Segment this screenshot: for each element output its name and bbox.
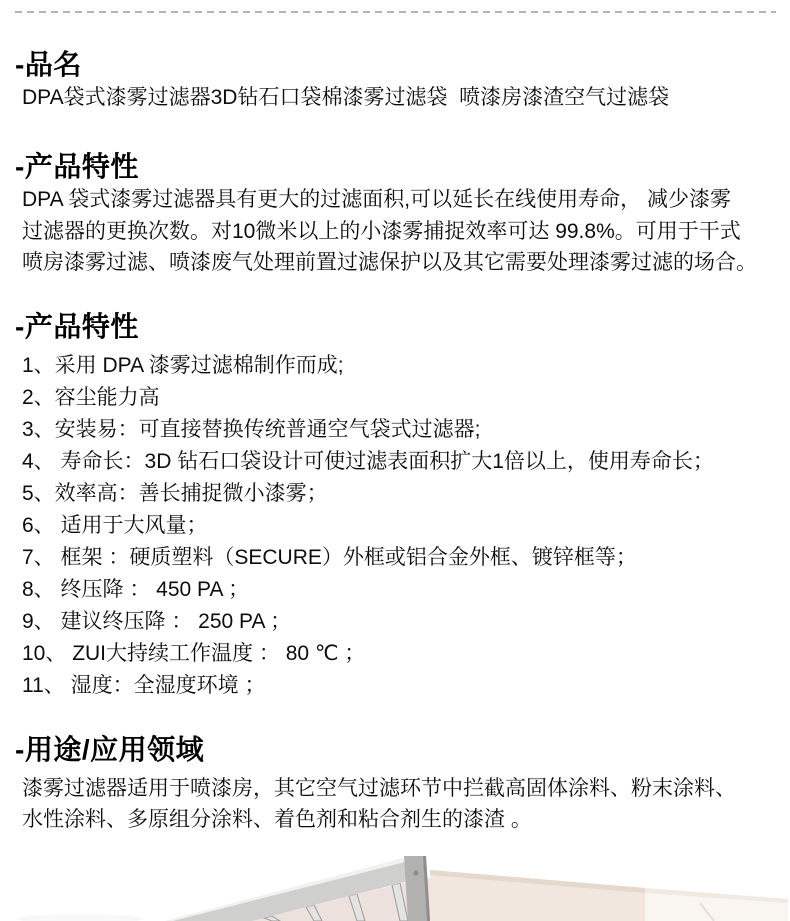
photo-shadow-wisp (18, 914, 142, 921)
list-item: 11、 湿度：全湿度环境 ； (22, 670, 714, 702)
list-item: 6、 适用于大风量； (22, 510, 714, 542)
top-dashed-divider (15, 11, 776, 13)
applications-paragraph: 漆雾过滤器适用于喷漆房，其它空气过滤环节中拦截高固体涂料、粉末涂料、 水性涂料、… (22, 773, 736, 835)
paragraph-line: 喷房漆雾过滤、喷漆废气处理前置过滤保护以及其它需要处理漆雾过滤的场合。 (22, 247, 757, 279)
list-item: 2、容尘能力高 (22, 382, 714, 414)
list-item: 1、采用 DPA 漆雾过滤棉制作而成; (22, 350, 714, 382)
section-heading-applications: -用途/应用领域 (15, 733, 204, 767)
section-heading-features-intro: -产品特性 (15, 150, 139, 184)
paragraph-line: DPA 袋式漆雾过滤器具有更大的过滤面积,可以延长在线使用寿命， 减少漆雾 (22, 184, 757, 216)
frame-screw (414, 871, 419, 876)
list-item: 3、安装易：可直接替换传统普通空气袋式过滤器; (22, 414, 714, 446)
paragraph-line: 漆雾过滤器适用于喷漆房，其它空气过滤环节中拦截高固体涂料、粉末涂料、 (22, 773, 736, 804)
section-heading-product-name: -品名 (15, 48, 82, 82)
product-description-page: -品名 DPA袋式漆雾过滤器3D钻石口袋棉漆雾过滤袋 喷漆房漆渣空气过滤袋 -产… (0, 0, 790, 921)
list-item: 10、 ZUI大持续工作温度 ： 80 ℃ ； (22, 638, 714, 670)
paragraph-line: 过滤器的更换次数。对10微米以上的小漆雾捕捉效率可达 99.8%。可用于干式 (22, 216, 757, 248)
features-list: 1、采用 DPA 漆雾过滤棉制作而成; 2、容尘能力高 3、安装易：可直接替换传… (22, 350, 714, 702)
product-name-line: DPA袋式漆雾过滤器3D钻石口袋棉漆雾过滤袋 喷漆房漆渣空气过滤袋 (22, 84, 669, 112)
list-item: 7、 框架 ：硬质塑料（SECURE）外框或铝合金外框、镀锌框等； (22, 542, 714, 574)
list-item: 9、 建议终压降 ： 250 PA ； (22, 606, 714, 638)
paragraph-line: 水性涂料、多原组分涂料、着色剂和粘合剂生的漆渣 。 (22, 804, 736, 835)
list-item: 5、效率高：善长捕捉微小漆雾； (22, 478, 714, 510)
bag-filter-product-photo (0, 843, 790, 921)
features-intro-paragraph: DPA 袋式漆雾过滤器具有更大的过滤面积,可以延长在线使用寿命， 减少漆雾 过滤… (22, 184, 757, 279)
list-item: 8、 终压降 ： 450 PA ； (22, 574, 714, 606)
list-item: 4、 寿命长：3D 钻石口袋设计可使过滤表面积扩大1倍以上，使用寿命长； (22, 446, 714, 478)
product-name-text: DPA袋式漆雾过滤器3D钻石口袋棉漆雾过滤袋 喷漆房漆渣空气过滤袋 (22, 84, 669, 112)
section-heading-features-list: -产品特性 (15, 310, 139, 344)
